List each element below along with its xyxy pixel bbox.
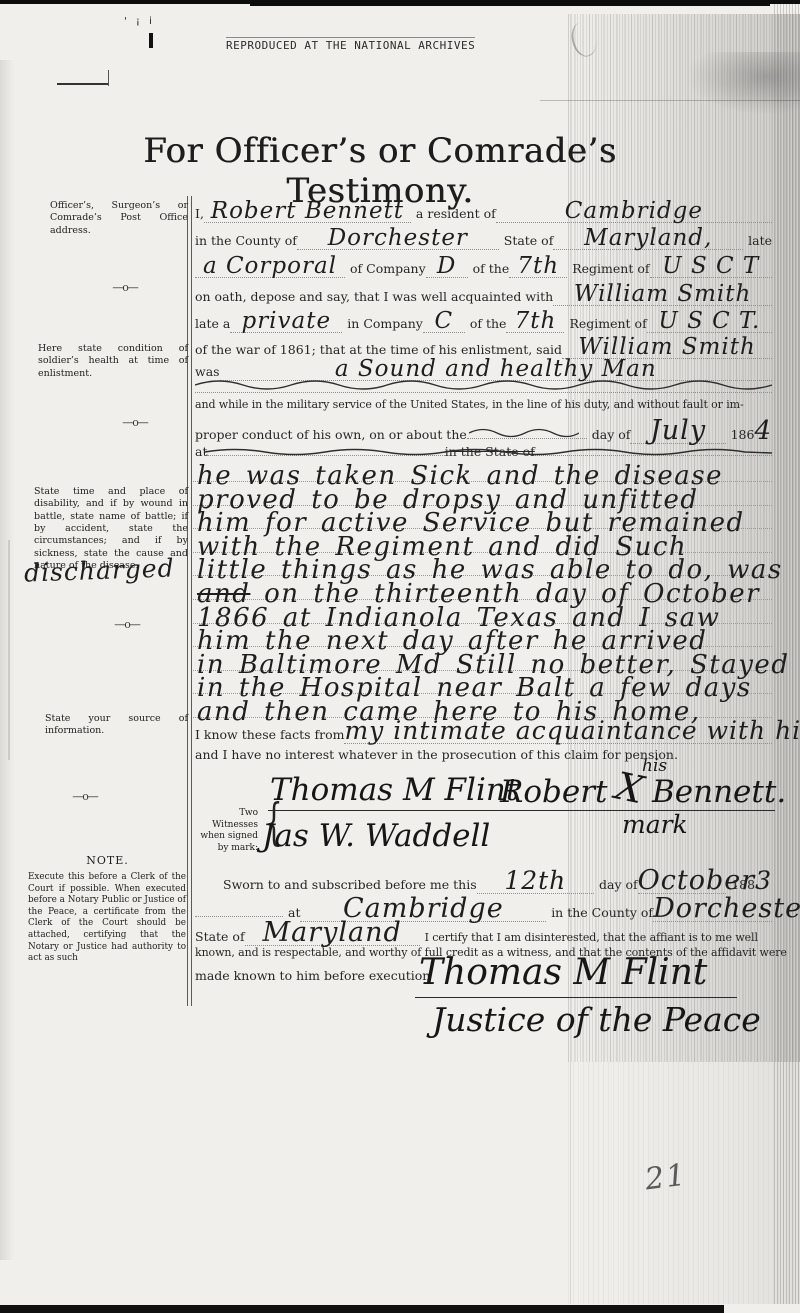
disability-line-4: with the Regiment and did Such: [193, 529, 772, 553]
disability-line-1: he was taken Sick and the disease: [193, 458, 772, 482]
line-service-1: and while in the military service of the…: [195, 398, 772, 411]
ink-mark-dots: ' ¡ i: [124, 16, 155, 27]
ink-mark-tick: [108, 70, 109, 86]
jurat-line-1: Sworn to and subscribed before me this 1…: [195, 870, 772, 894]
line-county: in the County of Dorchester State of Mar…: [195, 229, 772, 250]
section-divider-2: —o—: [100, 416, 170, 429]
line-soldier-rank: late a private in Company C of the 7th R…: [195, 312, 772, 333]
soldier-regno-blank: 7th: [506, 312, 564, 333]
scan-edge-bar-top: [0, 0, 800, 4]
day-blank: [467, 438, 587, 439]
note-heading: NOTE.: [30, 854, 185, 867]
scan-horizontal-line: [540, 100, 800, 101]
regiment-number-blank: 7th: [509, 257, 567, 278]
scan-edge-bar-bottom: [0, 1305, 724, 1313]
scan-smudge-top-right: [688, 52, 800, 114]
line-oath: on oath, depose and say, that I was well…: [195, 285, 772, 306]
disability-line-8: him the next day after he arrived: [193, 623, 772, 647]
document-page: ' ¡ i REPRODUCED AT THE NATIONAL ARCHIVE…: [0, 0, 800, 1313]
margin-annotation-discharged: discharged: [24, 553, 176, 587]
mark-signature-first: Robert: [500, 774, 607, 810]
disability-line-10: in the Hospital near Balt a few days: [193, 670, 772, 694]
soldier-company-blank: C: [423, 312, 465, 333]
filler-wave: [195, 374, 772, 393]
scan-shadow-left: [0, 60, 14, 1260]
justice-signature: Thomas M Flint: [415, 952, 737, 998]
soldier-rank-blank: private: [230, 312, 342, 333]
line-rank: a Corporal of Company D of the 7th Regim…: [195, 257, 772, 278]
printed-i: I,: [195, 206, 204, 221]
state-blank: Maryland,: [553, 229, 743, 250]
jurat-year-digit: 3: [755, 870, 772, 891]
jurat-county-blank: Dorchester: [653, 898, 772, 922]
rank-blank: a Corporal: [195, 257, 345, 278]
margin-note-source: State your source of information.: [45, 713, 188, 738]
disability-line-7: 1866 at Indianola Texas and I saw: [193, 600, 772, 624]
soldier-name-blank: William Smith: [553, 285, 772, 306]
line-service-2: proper conduct of his own, on or about t…: [195, 420, 772, 444]
source-blank: my intimate acquaintance with him: [344, 720, 772, 744]
jurat-state-blank: Maryland: [245, 922, 420, 946]
wave-filler-icon: [195, 374, 772, 392]
margin-note-address: Officer’s, Surgeon’s or Comrade’s Post O…: [50, 200, 188, 237]
jurat-month-blank: October: [638, 870, 727, 894]
strike-wave-icon: [195, 444, 772, 458]
witness-label: Two Witnesses when signed by mark:: [196, 808, 258, 855]
ink-smudge-squiggle: [568, 20, 600, 60]
line-no-interest: and I have no interest whatever in the p…: [195, 747, 772, 762]
mark-signature-mark: mark: [622, 810, 688, 839]
disability-line-11: and then came here to his home,: [193, 694, 772, 718]
year-digit: 4: [754, 420, 772, 442]
regiment-blank: U S C T: [650, 257, 772, 278]
line-location-struck: at in the State of: [195, 444, 772, 459]
jurat-day-blank: 12th: [477, 870, 594, 894]
section-divider-4: —o—: [50, 790, 120, 803]
disability-line-2: proved to be dropsy and unfitted: [193, 482, 772, 506]
jurat-line-3: State of Maryland I certify that I am di…: [195, 922, 772, 946]
soldier-regiment-blank: U S C T.: [647, 312, 772, 333]
justice-title: Justice of the Peace: [432, 1000, 761, 1039]
disability-line-5: little things as he was able to do, was: [193, 552, 772, 576]
disability-line-3: him for active Service but remained: [193, 505, 772, 529]
disability-line-9: in Baltimore Md Still no better, Stayed: [193, 647, 772, 671]
month-blank: July: [630, 420, 725, 444]
company-blank: D: [426, 257, 468, 278]
margin-note-health: Here state condition of soldier’s health…: [38, 343, 188, 380]
scan-streak-left: [8, 540, 10, 760]
witness-signature-1: Thomas M Flint: [268, 772, 526, 811]
disability-line-6: and on the thirteenth day of October: [193, 576, 772, 600]
witness-signature-2: Jas W. Waddell: [262, 818, 490, 854]
mark-signature-last: Bennett.: [652, 774, 786, 810]
residence-blank: Cambridge: [496, 202, 772, 223]
page-number: 21: [643, 1158, 689, 1198]
ink-mark-line: [57, 83, 109, 85]
deponent-name-blank: Robert Bennett: [204, 202, 411, 223]
section-divider-3: —o—: [92, 618, 162, 631]
section-divider-1: —o—: [90, 281, 160, 294]
wave-blank-icon: [469, 424, 579, 438]
note-text: Execute this before a Clerk of the Court…: [28, 872, 186, 965]
line-source: I know these facts from my intimate acqu…: [195, 720, 772, 744]
ink-mark-dash: [149, 33, 153, 48]
scan-edge-bar-top-2: [250, 0, 770, 6]
archives-stamp: REPRODUCED AT THE NATIONAL ARCHIVES: [226, 37, 475, 52]
county-blank: Dorchester: [297, 229, 499, 250]
line-deponent: I, Robert Bennett a resident of Cambridg…: [195, 202, 772, 223]
form-rule: [187, 196, 192, 1006]
